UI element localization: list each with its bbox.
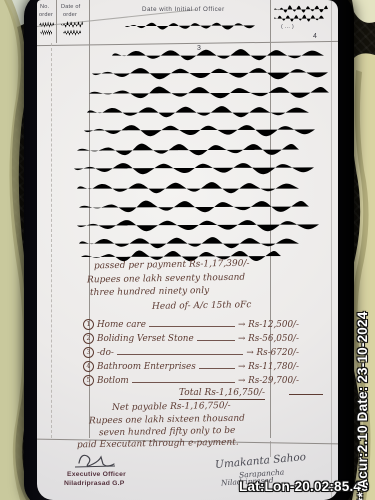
odia-handwriting-line <box>89 86 329 99</box>
net-payable-line1: Net payable Rs-1,16,750/- <box>112 401 231 413</box>
item-amount: → Rs-11,780/- <box>238 362 299 372</box>
item-label: Botlom <box>97 376 129 386</box>
header-col1-line2: order <box>39 12 53 19</box>
item-leader-dash <box>197 340 235 341</box>
expense-item-row: 1Home care→ Rs-12,500/- <box>83 318 299 330</box>
phone-screen-bezel: No. order Date of order Date with Initia… <box>24 0 354 500</box>
payment-note-line1: passed per payment Rs-1,17,390/- <box>94 259 250 272</box>
gps-accuracy-date-overlay: ** Acur:2.10 Date: 23-10-2024 <box>355 273 370 500</box>
odia-handwriting-line <box>92 67 328 80</box>
odia-handwriting-line <box>77 181 299 194</box>
item-number-badge: 2 <box>83 333 94 344</box>
net-payable-line2: Rupees one lakh sixteen thousand <box>89 414 245 427</box>
item-amount: → Rs-12,500/- <box>238 320 299 330</box>
left-fold-dashed-line <box>51 43 52 438</box>
item-label: Home care <box>97 320 146 330</box>
header-col3-title: Date with Initial of Officer <box>142 7 225 14</box>
odia-handwriting-line <box>77 143 299 156</box>
total-trailing-dash <box>289 394 323 395</box>
item-label: Bathroom Enterprises <box>97 362 196 372</box>
odia-handwriting-line <box>79 200 309 213</box>
item-number-badge: 5 <box>83 375 94 386</box>
item-number-badge: 4 <box>83 361 94 372</box>
odia-handwriting-line <box>112 48 324 61</box>
item-label: -do- <box>97 348 114 358</box>
odia-handwriting-line <box>84 124 315 137</box>
odia-handwriting-line <box>87 105 309 118</box>
net-payable-line3: seven hundred fifty only to be <box>99 426 235 438</box>
photo-of-phone-document: No. order Date of order Date with Initia… <box>0 0 375 500</box>
left-signatory-org: Niladriprasad G.P <box>64 480 124 488</box>
net-payable-line4: paid Executant through e-payment. <box>77 438 239 451</box>
item-number-badge: 1 <box>83 319 94 330</box>
item-leader-dash <box>132 382 235 383</box>
expense-item-row: 4Bathroom Enterprises→ Rs-11,780/- <box>83 360 299 372</box>
item-leader-dash <box>117 354 244 355</box>
item-number-badge: 3 <box>83 347 94 358</box>
header-col2-line2: order <box>63 12 77 19</box>
page-right-edge-line <box>331 0 332 500</box>
total-line: Total Rs-1,16,750/- <box>179 388 265 400</box>
item-label: Boliding Verset Stone <box>97 334 194 344</box>
payment-note-line3: three hundred ninety only <box>90 286 209 298</box>
item-amount: → Rs-56,050/- <box>238 334 299 344</box>
expense-item-row: 5Botlom→ Rs-29,700/- <box>83 374 299 386</box>
expense-item-row: 3-do-→ Rs-6720/- <box>83 346 299 358</box>
col1-divider <box>56 0 57 43</box>
payment-note-head-of-account: Head of- A/c 15th oFc <box>152 300 252 312</box>
odia-handwriting-line <box>77 219 319 232</box>
header-col4-paren: ( ... ) <box>281 24 294 31</box>
item-leader-dash <box>199 368 235 369</box>
item-leader-dash <box>149 326 235 327</box>
header-col1-line1: No. <box>40 4 49 11</box>
item-amount: → Rs-6720/- <box>246 348 299 358</box>
left-signatory-title: Executive Officer <box>67 471 126 479</box>
payment-note-line2: Rupees one lakh seventy thousand <box>87 273 245 286</box>
odia-handwriting-line <box>79 236 299 249</box>
right-signatory-name: Umakanta Sahoo <box>215 451 307 471</box>
item-amount: → Rs-29,700/- <box>238 376 299 386</box>
header-bottom-rule <box>37 41 338 46</box>
odia-handwriting-line <box>74 162 314 175</box>
expense-item-row: 2Boliding Verset Stone→ Rs-56,050/- <box>83 332 299 344</box>
column-number-4: 4 <box>313 33 317 40</box>
header-col2-line1: Date of <box>61 4 80 11</box>
executive-officer-signature <box>73 450 119 470</box>
gps-latlon-overlay: Lat:Lon-20.02:85.49 <box>239 479 369 494</box>
scanned-register-page: No. order Date of order Date with Initia… <box>37 0 338 500</box>
